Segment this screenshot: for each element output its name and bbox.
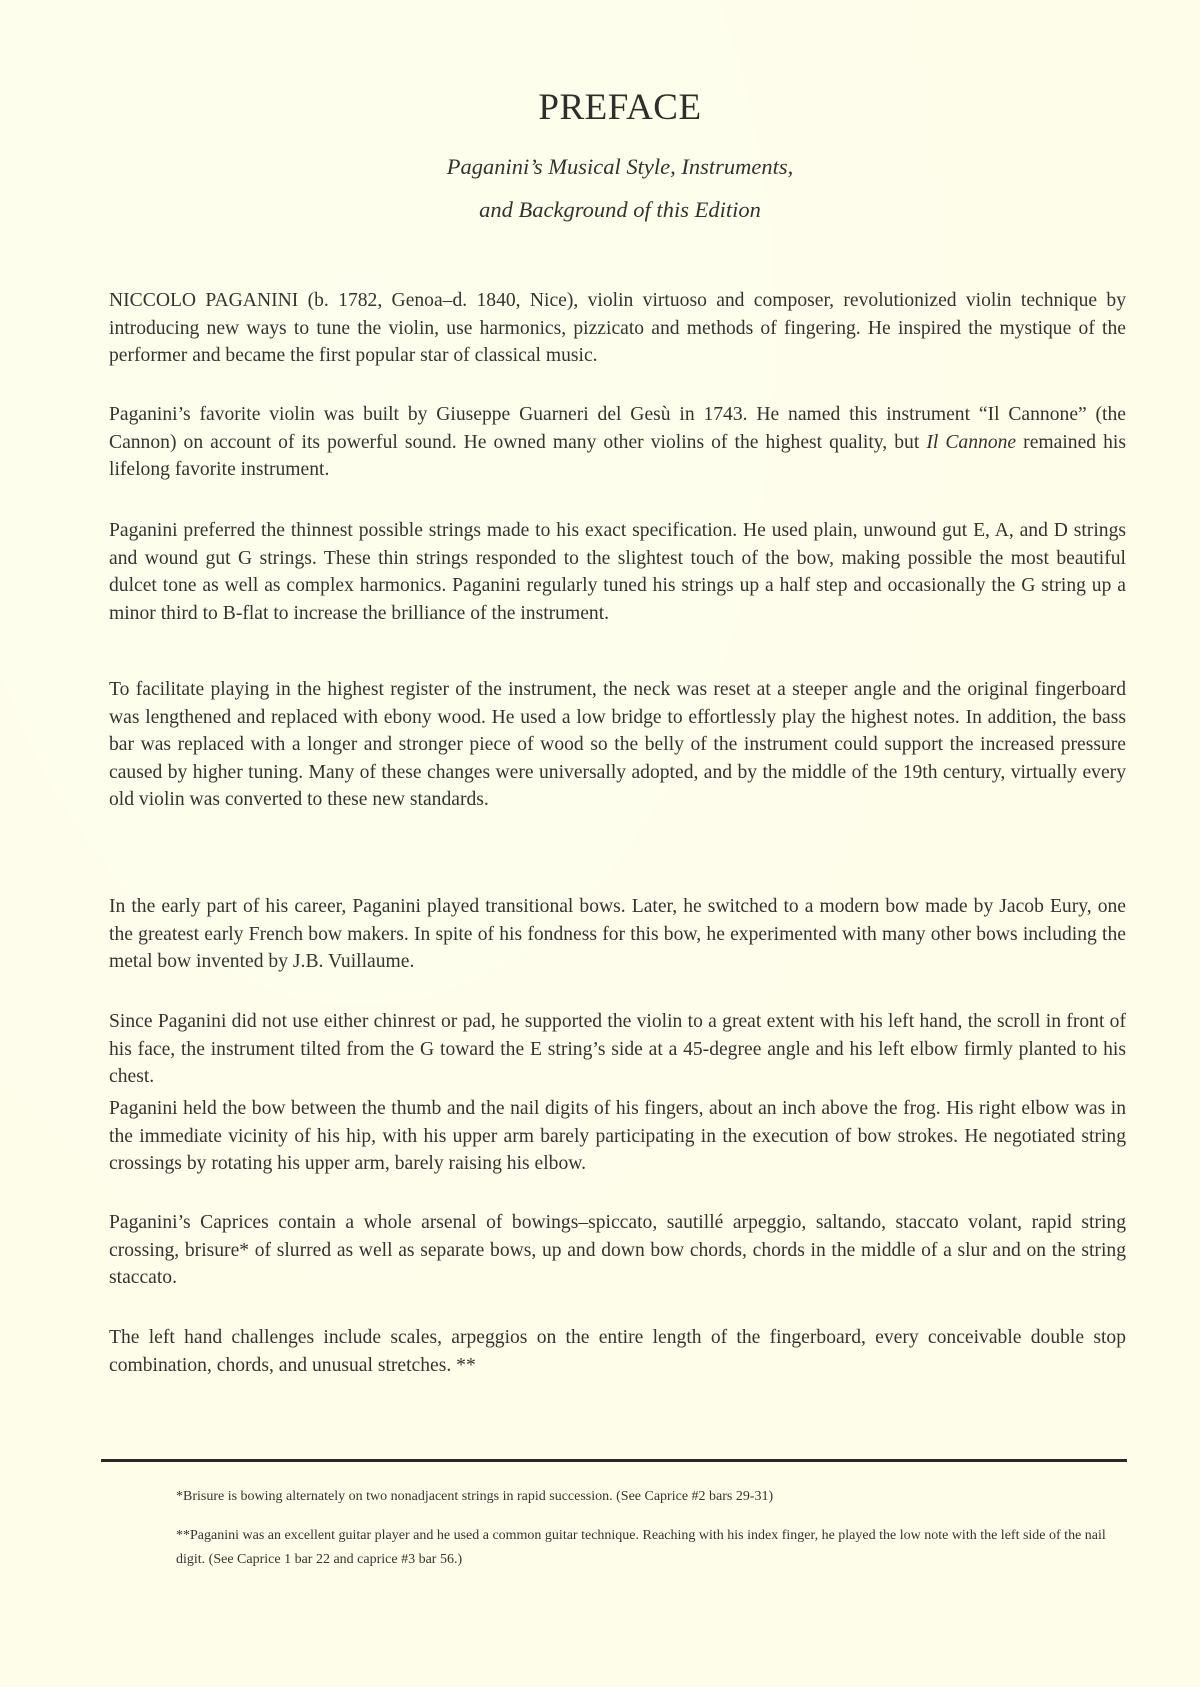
paragraph-left-hand: The left hand challenges include scales,… [109,1324,1126,1379]
paragraph-strings: Paganini preferred the thinnest possible… [109,517,1126,627]
paragraph-bows: In the early part of his career, Paganin… [109,893,1126,976]
paragraph-caprices: Paganini’s Caprices contain a whole arse… [109,1209,1126,1292]
paragraph-violin: Paganini’s favorite violin was built by … [109,401,1126,484]
footnote-brisure: *Brisure is bowing alternately on two no… [176,1485,1122,1509]
page-title: PREFACE [0,86,1200,129]
document-page: PREFACE Paganini’s Musical Style, Instru… [0,0,1200,1687]
subtitle-line-1: Paganini’s Musical Style, Instruments, [0,145,1200,188]
subtitle-line-2: and Background of this Edition [0,188,1200,231]
paragraph-violin-italic: Il Cannone [926,432,1016,453]
page-subtitle: Paganini’s Musical Style, Instruments, a… [0,145,1200,231]
footnote-divider [101,1459,1127,1462]
paragraph-intro: NICCOLO PAGANINI (b. 1782, Genoa–d. 1840… [109,287,1126,370]
paragraph-neck: To facilitate playing in the highest reg… [109,676,1126,814]
footnote-guitar: **Paganini was an excellent guitar playe… [176,1524,1122,1572]
paragraph-bow-hold: Paganini held the bow between the thumb … [109,1095,1126,1178]
paragraph-posture: Since Paganini did not use either chinre… [109,1008,1126,1091]
